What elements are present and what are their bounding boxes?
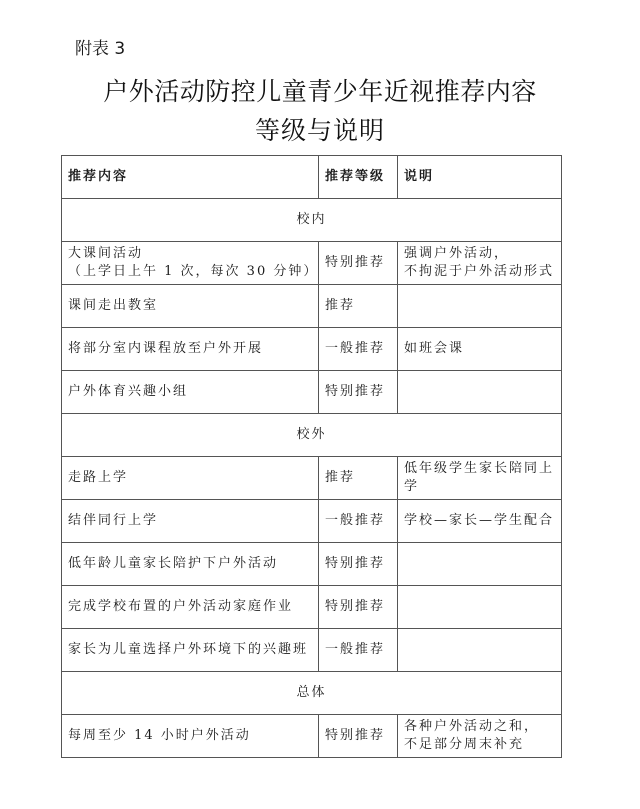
row-content: 将部分室内课程放至户外开展	[62, 328, 319, 371]
row-note	[398, 285, 562, 328]
header-level: 推荐等级	[319, 156, 398, 199]
header-content: 推荐内容	[62, 156, 319, 199]
row-note	[398, 586, 562, 629]
table-row: 家长为儿童选择户外环境下的兴趣班 一般推荐	[62, 629, 562, 672]
document-subtitle: 等级与说明	[0, 111, 640, 147]
row-level: 特别推荐	[319, 586, 398, 629]
row-level: 推荐	[319, 285, 398, 328]
row-content: 大课间活动（上学日上午 1 次，每次 30 分钟）	[62, 242, 319, 285]
row-level: 一般推荐	[319, 629, 398, 672]
row-level: 一般推荐	[319, 500, 398, 543]
row-level: 一般推荐	[319, 328, 398, 371]
row-content: 每周至少 14 小时户外活动	[62, 715, 319, 758]
row-level: 特别推荐	[319, 715, 398, 758]
table-row: 完成学校布置的户外活动家庭作业 特别推荐	[62, 586, 562, 629]
table-row: 结伴同行上学 一般推荐 学校—家长—学生配合	[62, 500, 562, 543]
row-content: 完成学校布置的户外活动家庭作业	[62, 586, 319, 629]
table-row: 走路上学 推荐 低年级学生家长陪同上学	[62, 457, 562, 500]
row-note: 各种户外活动之和，不足部分周末补充	[398, 715, 562, 758]
section-row: 总体	[62, 672, 562, 715]
section-label: 校内	[62, 199, 562, 242]
row-note: 低年级学生家长陪同上学	[398, 457, 562, 500]
table-row: 低年龄儿童家长陪护下户外活动 特别推荐	[62, 543, 562, 586]
row-content: 走路上学	[62, 457, 319, 500]
row-content: 家长为儿童选择户外环境下的兴趣班	[62, 629, 319, 672]
row-level: 特别推荐	[319, 371, 398, 414]
row-level: 推荐	[319, 457, 398, 500]
recommendation-table: 推荐内容 推荐等级 说明 校内 大课间活动（上学日上午 1 次，每次 30 分钟…	[61, 155, 562, 758]
section-label: 校外	[62, 414, 562, 457]
row-content: 户外体育兴趣小组	[62, 371, 319, 414]
document-title: 户外活动防控儿童青少年近视推荐内容	[0, 72, 640, 108]
row-note	[398, 371, 562, 414]
row-content: 结伴同行上学	[62, 500, 319, 543]
appendix-label: 附表 3	[75, 34, 125, 59]
row-note: 强调户外活动，不拘泥于户外活动形式	[398, 242, 562, 285]
row-content: 课间走出教室	[62, 285, 319, 328]
row-note	[398, 629, 562, 672]
table-header-row: 推荐内容 推荐等级 说明	[62, 156, 562, 199]
header-note: 说明	[398, 156, 562, 199]
row-content: 低年龄儿童家长陪护下户外活动	[62, 543, 319, 586]
section-row: 校外	[62, 414, 562, 457]
table-row: 户外体育兴趣小组 特别推荐	[62, 371, 562, 414]
table-row: 将部分室内课程放至户外开展 一般推荐 如班会课	[62, 328, 562, 371]
row-note: 如班会课	[398, 328, 562, 371]
section-label: 总体	[62, 672, 562, 715]
table-row: 大课间活动（上学日上午 1 次，每次 30 分钟） 特别推荐 强调户外活动，不拘…	[62, 242, 562, 285]
row-level: 特别推荐	[319, 543, 398, 586]
row-note	[398, 543, 562, 586]
row-level: 特别推荐	[319, 242, 398, 285]
row-note: 学校—家长—学生配合	[398, 500, 562, 543]
table-row: 每周至少 14 小时户外活动 特别推荐 各种户外活动之和，不足部分周末补充	[62, 715, 562, 758]
section-row: 校内	[62, 199, 562, 242]
table-row: 课间走出教室 推荐	[62, 285, 562, 328]
